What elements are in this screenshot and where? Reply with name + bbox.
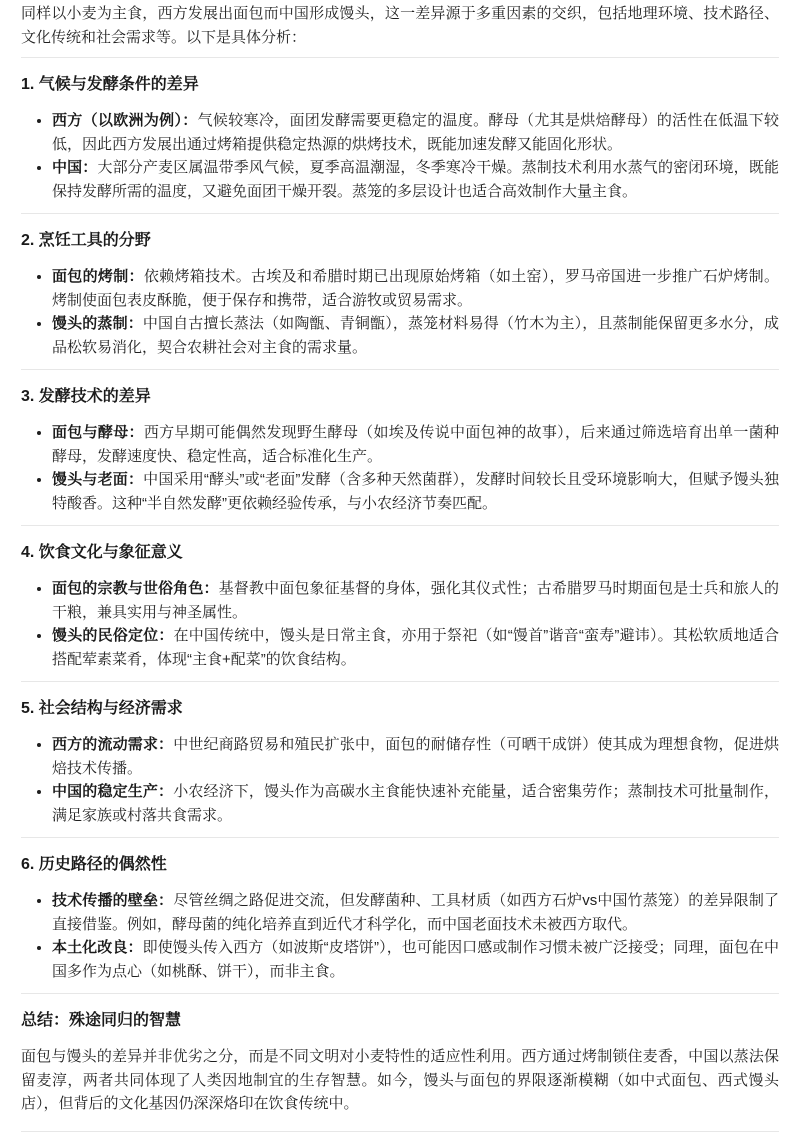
bullet-lead: 西方的流动需求：	[52, 736, 173, 753]
bullet-lead: 本土化改良：	[52, 939, 143, 956]
list-item: 西方（以欧洲为例）：气候较寒冷，面团发酵需要更稳定的温度。酵母（尤其是烘焙酵母）…	[52, 109, 779, 156]
section-2-heading: 2. 烹饪工具的分野	[21, 231, 779, 251]
list-item: 面包的烤制：依赖烤箱技术。古埃及和希腊时期已出现原始烤箱（如土窑），罗马帝国进一…	[52, 265, 779, 312]
section-4-list: 面包的宗教与世俗角色：基督教中面包象征基督的身体，强化其仪式性；古希腊罗马时期面…	[21, 577, 779, 671]
bullet-text: 中国自古擅长蒸法（如陶甑、青铜甑），蒸笼材料易得（竹木为主），且蒸制能保留更多水…	[52, 315, 779, 356]
bullet-text: 西方早期可能偶然发现野生酵母（如埃及传说中面包神的故事），后来通过筛选培育出单一…	[52, 424, 779, 465]
bullet-lead: 技术传播的壁垒：	[52, 892, 173, 909]
intro-paragraph: 同样以小麦为主食，西方发展出面包而中国形成馒头，这一差异源于多重因素的交织，包括…	[21, 2, 779, 49]
bullet-text: 大部分产麦区属温带季风气候，夏季高温潮湿，冬季寒冷干燥。蒸制技术利用水蒸气的密闭…	[52, 159, 779, 200]
section-1-heading: 1. 气候与发酵条件的差异	[21, 75, 779, 95]
bullet-lead: 馒头的蒸制：	[52, 315, 143, 332]
bullet-lead: 馒头的民俗定位：	[52, 627, 174, 644]
section-5-heading: 5. 社会结构与经济需求	[21, 699, 779, 719]
list-item: 中国：大部分产麦区属温带季风气候，夏季高温潮湿，冬季寒冷干燥。蒸制技术利用水蒸气…	[52, 156, 779, 203]
section-divider	[21, 525, 779, 526]
section-3-list: 面包与酵母：西方早期可能偶然发现野生酵母（如埃及传说中面包神的故事），后来通过筛…	[21, 421, 779, 515]
bullet-lead: 中国：	[52, 159, 97, 176]
section-divider	[21, 57, 779, 58]
bottom-divider	[21, 1131, 779, 1132]
summary-paragraph: 面包与馒头的差异并非优劣之分，而是不同文明对小麦特性的适应性利用。西方通过烤制锁…	[21, 1045, 779, 1116]
section-5-list: 西方的流动需求：中世纪商路贸易和殖民扩张中，面包的耐储存性（可晒干成饼）使其成为…	[21, 733, 779, 827]
bullet-lead: 馒头与老面：	[52, 471, 143, 488]
section-2-list: 面包的烤制：依赖烤箱技术。古埃及和希腊时期已出现原始烤箱（如土窑），罗马帝国进一…	[21, 265, 779, 359]
document-body: 同样以小麦为主食，西方发展出面包而中国形成馒头，这一差异源于多重因素的交织，包括…	[0, 0, 800, 1132]
list-item: 本土化改良：即使馒头传入西方（如波斯“皮塔饼”），也可能因口感或制作习惯未被广泛…	[52, 936, 779, 983]
bullet-lead: 中国的稳定生产：	[52, 783, 173, 800]
section-3-heading: 3. 发酵技术的差异	[21, 387, 779, 407]
list-item: 馒头的蒸制：中国自古擅长蒸法（如陶甑、青铜甑），蒸笼材料易得（竹木为主），且蒸制…	[52, 312, 779, 359]
section-6-list: 技术传播的壁垒：尽管丝绸之路促进交流，但发酵菌种、工具材质（如西方石炉vs中国竹…	[21, 889, 779, 983]
section-divider	[21, 369, 779, 370]
section-6-heading: 6. 历史路径的偶然性	[21, 855, 779, 875]
section-divider	[21, 837, 779, 838]
bullet-lead: 面包的宗教与世俗角色：	[52, 580, 219, 597]
section-divider	[21, 681, 779, 682]
list-item: 馒头与老面：中国采用“酵头”或“老面”发酵（含多种天然菌群），发酵时间较长且受环…	[52, 468, 779, 515]
list-item: 面包与酵母：西方早期可能偶然发现野生酵母（如埃及传说中面包神的故事），后来通过筛…	[52, 421, 779, 468]
list-item: 中国的稳定生产：小农经济下，馒头作为高碳水主食能快速补充能量，适合密集劳作；蒸制…	[52, 780, 779, 827]
bullet-text: 即使馒头传入西方（如波斯“皮塔饼”），也可能因口感或制作习惯未被广泛接受；同理，…	[52, 939, 779, 980]
section-4-heading: 4. 饮食文化与象征意义	[21, 543, 779, 563]
section-1-list: 西方（以欧洲为例）：气候较寒冷，面团发酵需要更稳定的温度。酵母（尤其是烘焙酵母）…	[21, 109, 779, 203]
bullet-lead: 面包的烤制：	[52, 268, 144, 285]
section-divider	[21, 213, 779, 214]
summary-heading: 总结：殊途同归的智慧	[21, 1011, 779, 1031]
list-item: 馒头的民俗定位：在中国传统中，馒头是日常主食，亦用于祭祀（如“馒首”谐音“蛮寿”…	[52, 624, 779, 671]
bullet-lead: 面包与酵母：	[52, 424, 144, 441]
section-divider	[21, 993, 779, 994]
list-item: 西方的流动需求：中世纪商路贸易和殖民扩张中，面包的耐储存性（可晒干成饼）使其成为…	[52, 733, 779, 780]
bullet-text: 依赖烤箱技术。古埃及和希腊时期已出现原始烤箱（如土窑），罗马帝国进一步推广石炉烤…	[52, 268, 779, 309]
list-item: 技术传播的壁垒：尽管丝绸之路促进交流，但发酵菌种、工具材质（如西方石炉vs中国竹…	[52, 889, 779, 936]
list-item: 面包的宗教与世俗角色：基督教中面包象征基督的身体，强化其仪式性；古希腊罗马时期面…	[52, 577, 779, 624]
bullet-text: 中国采用“酵头”或“老面”发酵（含多种天然菌群），发酵时间较长且受环境影响大，但…	[52, 471, 779, 512]
bullet-lead: 西方（以欧洲为例）：	[52, 112, 198, 129]
